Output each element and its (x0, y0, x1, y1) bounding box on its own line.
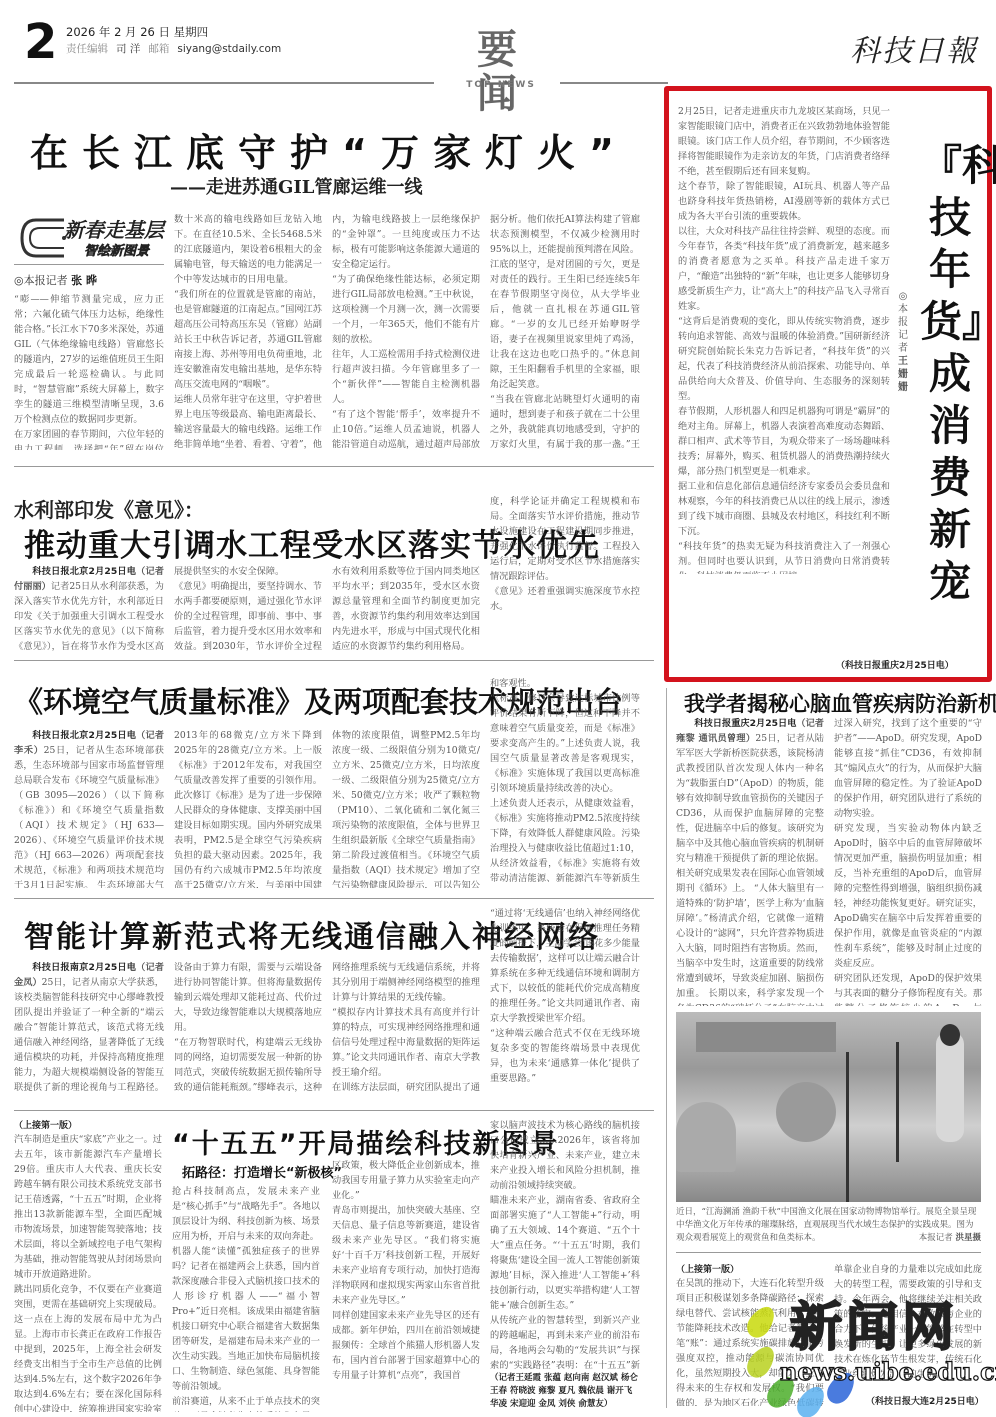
editor-name: 司 洋 (116, 43, 140, 55)
lead-byline: ◎本报记者 张 晔 (14, 272, 97, 288)
column-divider (666, 688, 667, 1408)
site-watermark: 新闻网 news.uibe.edu.cn (780, 1285, 995, 1410)
lead-column-4: 据分析。他们依托AI算法构建了管廊状态预测模型，不仅减少检测用时95%以上，还能… (490, 212, 640, 450)
plan-column-1: 抢占科技制高点，发展未来产业是“核心抓手”与“战略先手”。各地以顶层设计为纲、科… (172, 1184, 320, 1412)
water-column-4: 度，科学论证并确定工程规模和布局。全面落实节水评价措施，推动节水设施建设在工程建… (490, 494, 640, 652)
section-subtitle: TOP NEWS (446, 80, 556, 90)
lead-column-3: 内，为输电线路披上一层绝缘保护的“金钟罩”。一旦纯度或压力不达标，极有可能影响这… (332, 212, 480, 450)
water-column-1: 科技日报北京2月25日电（记者付丽丽）记者25日从水利部获悉，为深入落实节水优先… (14, 564, 164, 652)
issue-date: 2026 年 2 月 26 日 星期四 (66, 24, 208, 40)
newspaper-logo: 科技日報 (850, 26, 978, 70)
water-column-3: 水有效利用系数等位于国内同类地区平均水平；到2035年，受水区水资源总量管理和全… (332, 564, 480, 652)
section-title: 要 闻 (446, 28, 556, 116)
divider (14, 466, 654, 467)
masthead-divider (14, 82, 434, 84)
banner-title: 新春走基层 (64, 214, 164, 243)
plan-column-3: 家以脑声波技术为核心路线的脑机接口公司成立……2026年，该省将加快培育新兴产业… (490, 1118, 640, 1370)
water-kicker: 水利部印发《意见》： (14, 494, 204, 523)
lead-subheadline: ——走进苏通GIL管廊运维一线 (170, 173, 422, 199)
exhibition-photo[interactable] (676, 1012, 981, 1202)
air-column-2: 2013年的68微克/立方米下降到2025年的28微克/立方米。上一版《标准》于… (174, 728, 322, 888)
watermark-url: news.uibe.edu.cn (780, 1357, 996, 1386)
brain-column-2: 过深入研究，找到了这个重要的“守护者”——ApoD。研究发现，ApoD能够直接“… (834, 716, 982, 1006)
editor-line: 责任编辑司 洋邮箱siyang@stdaily.com (66, 41, 289, 56)
editor-email[interactable]: siyang@stdaily.com (177, 43, 281, 55)
ai-column-1: 科技日报南京2月25日电（记者金凤）25日，记者从南京大学获悉，该校类脑智能科技… (14, 960, 164, 1094)
page-number: 2 (24, 18, 57, 66)
divider (14, 660, 654, 661)
email-label: 邮箱 (148, 43, 169, 55)
banner-subtitle: 智绘新图景 (84, 240, 149, 259)
dalian-continued: （上接第一版） (676, 1262, 739, 1275)
plan-column-2: 区政策，极大降低企业创新成本，推动我国专用量子算力从实验室走向产业化。” 青岛市… (332, 1158, 480, 1412)
editor-label: 责任编辑 (66, 43, 108, 55)
car-body: 汽车制造是重庆“家底”产业之一。过去五年，该市新能源汽车产量增长29倍。重庆市人… (14, 1132, 162, 1412)
water-column-2: 展提供坚实的水安全保障。 《意见》明确提出，要坚持调水、节水两手都要硬原则，通过… (174, 564, 322, 652)
divider (676, 1252, 981, 1253)
divider (14, 264, 164, 265)
lead-column-2: 数十米高的输电线路如巨龙钻入地下。在直径10.5米、全长5468.5米的江底隧道… (174, 212, 322, 450)
photo-caption: 近日，“江海澜涌 渔韵千秋”中国渔文化展在国家动物博物馆举行。展览全景呈现中华渔… (676, 1206, 981, 1245)
brain-column-1: 科技日报重庆2月25日电（记者雍黎 通讯员曾理）25日，记者从陆军军医大学新桥医… (676, 716, 824, 1006)
plan-credits: （记者王延霞 张蕴 赵向南 赵汉斌 杨仑 王春 符晓波 雍黎 夏凡 魏依晨 谢开… (490, 1372, 640, 1411)
air-column-3: 体物的浓度限值，调整PM2.5年均浓度一级、二级限值分别为10微克/立方米、25… (332, 728, 480, 888)
photo-credit: 本报记者 洪星摄 (919, 1232, 981, 1245)
car-continued: （上接第一版） (14, 1118, 77, 1131)
featured-body: 2月25日，记者走进重庆市九龙坡区某商场，只见一家智能眼镜门店中，消费者正在兴致… (678, 104, 890, 574)
masthead-divider (560, 82, 668, 84)
lead-headline[interactable]: 在长江底守护“万家灯火” (30, 122, 628, 177)
ai-column-4: “通过将‘无线通信’也纳入神经网络优化训练中，系统会在保证推理任务精度的前提下，… (490, 906, 640, 1094)
brain-headline[interactable]: 我学者揭秘心脑血管疾病防治新机制 (684, 688, 996, 718)
air-column-4: 和客观性。 “《标准》修订会导致达标城市比例等评价结果有所下降，但这种下降并不意… (490, 676, 640, 888)
featured-dateline: （科技日报重庆2月25日电） (836, 658, 954, 671)
featured-byline: ◎本报记者王姗姗 (896, 290, 910, 394)
ai-column-2: 设备由于算力有限，需要与云端设备进行协同智能计算。但将海量数据传输到云端处理却又… (174, 960, 322, 1094)
plan-subhead: 拓路径：打造增长“新极核” (182, 1162, 342, 1181)
featured-headline[interactable]: 『科技年货』成消费新宠 (920, 140, 980, 608)
lead-column-1: “嘭——伸缩节测量完成，应力正常；六氟化硫气体压力达标，绝缘性能合格。”长江水下… (14, 292, 164, 450)
watermark-text: 新闻网 (790, 1285, 958, 1360)
circuit-icon (16, 214, 68, 262)
reporter-name: 张 晔 (71, 274, 97, 287)
ai-column-3: 网络推理系统与无线通信系统，并将其分别用于端侧神经网络模型的推理计算与计算结果的… (332, 960, 480, 1094)
divider (14, 898, 654, 899)
series-banner: 新春走基层 智绘新图景 (14, 210, 164, 262)
divider (14, 1110, 654, 1111)
air-column-1: 科技日报北京2月25日电（记者李禾）25日，记者从生态环境部获悉，生态环境部与国… (14, 728, 164, 888)
